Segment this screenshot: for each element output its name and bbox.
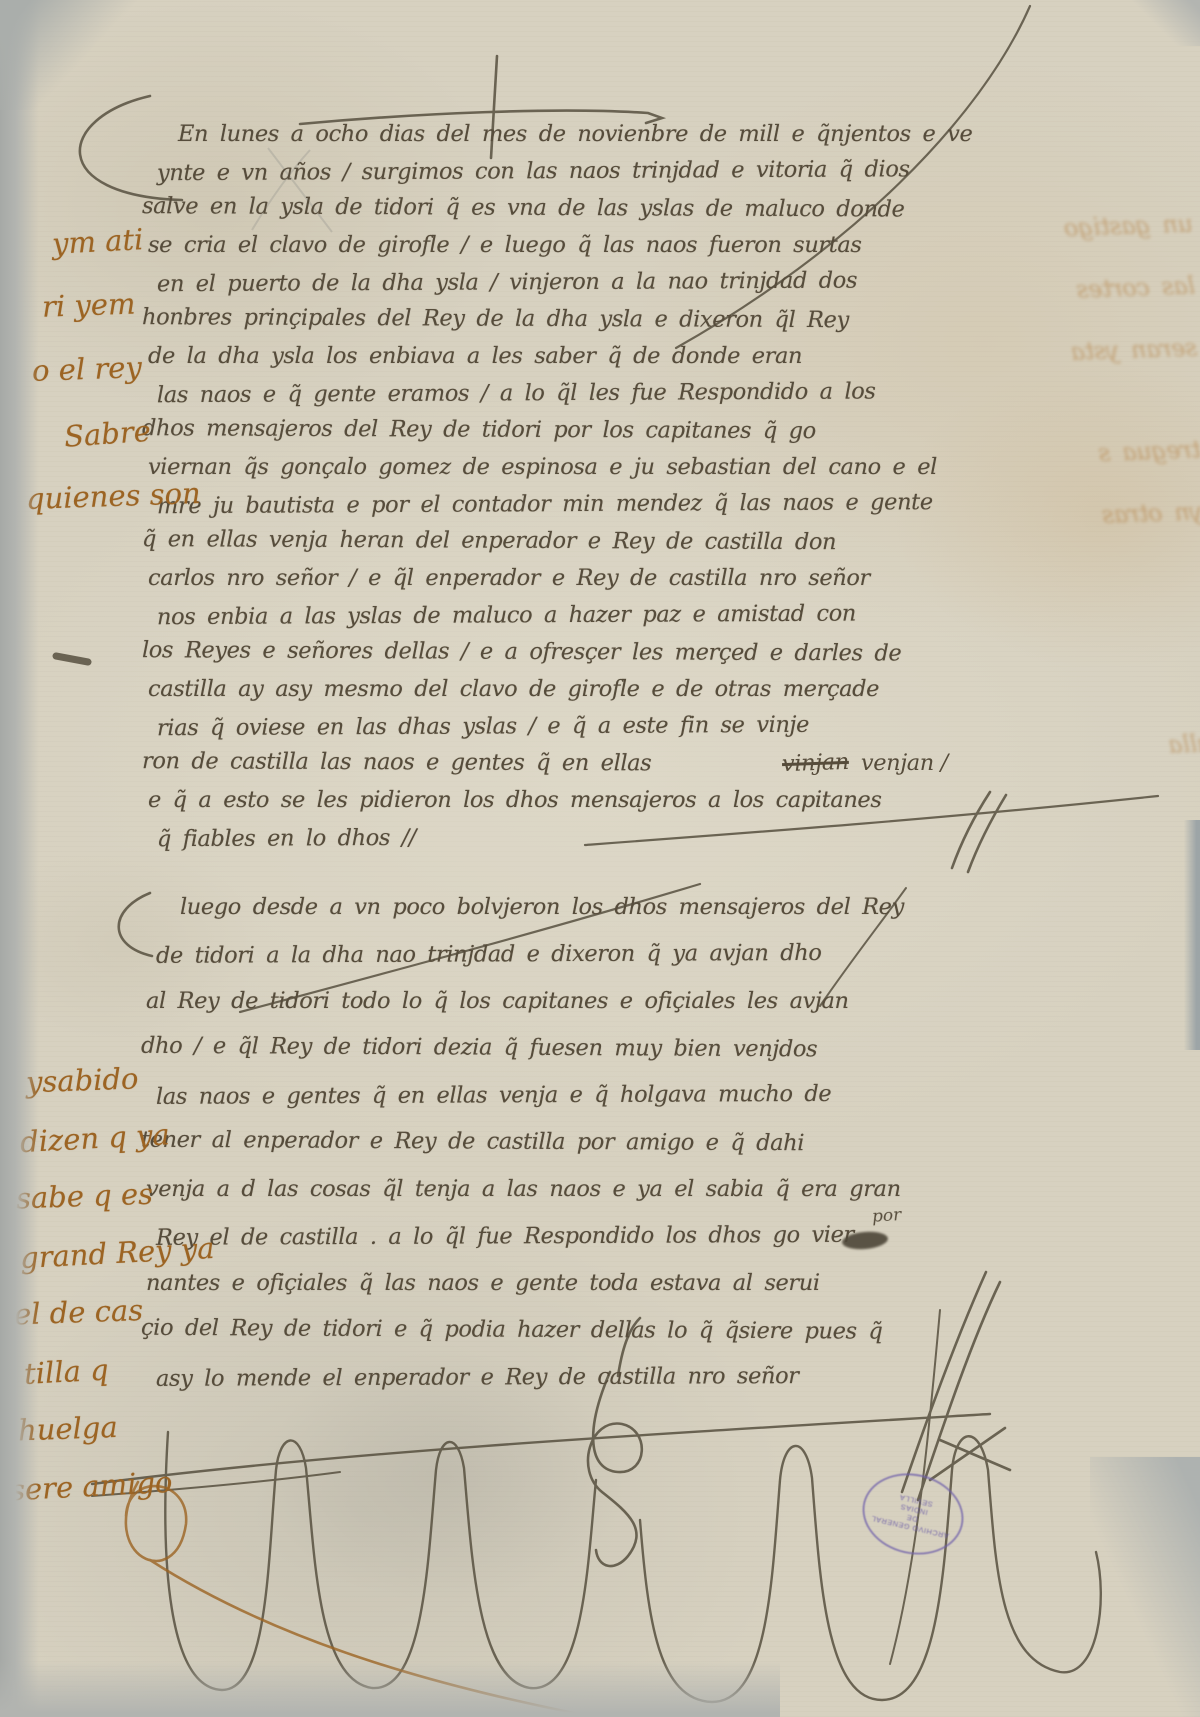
verso-showthrough: un gastigolas cortesseran ystatregua syn… xyxy=(986,193,1200,782)
showthrough-mark: un gastigo xyxy=(986,193,1194,262)
serpentine-flourish xyxy=(165,1432,596,1690)
manuscript-page: En lunes a ocho dias del mes de novienbr… xyxy=(0,0,1200,1717)
margin-note-line: Sabre xyxy=(62,395,203,468)
page-edge-right xyxy=(1182,820,1200,1050)
margin-note-line: grand Rey ya xyxy=(19,1219,216,1287)
manuscript-line: nos enbia a las yslas de maluco a hazer … xyxy=(157,595,996,636)
struck-word: vinjan xyxy=(782,749,850,777)
manuscript-line: en el puerto de la dha ysla / vinjeron a… xyxy=(157,262,996,303)
closing-rule-stroke xyxy=(92,1414,990,1484)
manuscript-line: de la dha ysla los enbiava a les saber q… xyxy=(148,338,996,375)
right-angular-flourish xyxy=(930,1428,1005,1480)
margin-note-line: ym ati xyxy=(50,204,202,276)
manuscript-line: mre ju bautista e por el contador min me… xyxy=(157,484,996,525)
margin-note-line: huelga xyxy=(17,1395,215,1460)
manuscript-line: dhos mensajeros del Rey de tidori por lo… xyxy=(142,410,996,451)
paragraph-2: luego desde a vn poco bolvjeron los dhos… xyxy=(146,884,1002,1401)
margin-note-line: ysabido xyxy=(25,1047,215,1112)
manuscript-line: çio del Rey de tidori e q̃ podia hazer d… xyxy=(141,1305,1002,1357)
manuscript-line: dho / e q̃l Rey de tidori dezia q̃ fuese… xyxy=(141,1023,1002,1075)
manuscript-line: rias q̃ oviese en las dhas yslas / e q̃ … xyxy=(157,706,996,747)
showthrough-mark: alla xyxy=(1004,712,1200,781)
manuscript-line: castilla ay asy mesmo del clavo de girof… xyxy=(148,671,996,708)
archive-stamp: ARCHIVO GENERAL DE INDIAS SEVILLA xyxy=(854,1464,971,1565)
manuscript-line: luego desde a vn poco bolvjeron los dhos… xyxy=(146,884,1002,931)
manuscript-line: honbres prinçipales del Rey de la dha ys… xyxy=(142,299,996,340)
margin-note-line: quienes son xyxy=(25,461,202,531)
margin-note-flourish xyxy=(150,1560,588,1716)
replacement-word: venjan / xyxy=(861,750,948,776)
showthrough-mark: seran ysta xyxy=(990,317,1198,386)
margin-note-line: sabe q es xyxy=(15,1163,215,1228)
manuscript-line: se cria el clavo de girofle / e luego q̃… xyxy=(148,227,996,264)
showthrough-mark: tregua s xyxy=(994,418,1200,487)
page-corner-top-left xyxy=(0,0,150,110)
margin-note-line: el de cas xyxy=(13,1279,215,1344)
manuscript-line: nantes e ofiçiales q̃ las naos e gente t… xyxy=(146,1260,1002,1307)
margin-note-line: sere amigo xyxy=(9,1451,216,1520)
manuscript-line: carlos nro señor / e q̃l enperador e Rey… xyxy=(148,560,996,597)
manuscript-line: las naos e gentes q̃ en ellas venja e q̃… xyxy=(156,1070,1002,1121)
margin-note-line: tilla q xyxy=(23,1335,216,1403)
correction-row: vinjan venjan / xyxy=(782,750,948,776)
margin-note-lower: ysabidodizen q yasabe q esgrand Rey yael… xyxy=(8,1050,214,1514)
manuscript-line: los Reyes e señores dellas / e a ofresçe… xyxy=(142,632,996,673)
manuscript-line: q̃ en ellas venja heran del enperador e … xyxy=(142,521,996,562)
paragraph-1: En lunes a ocho dias del mes de novienbr… xyxy=(148,116,996,856)
manuscript-line: En lunes a ocho dias del mes de novienbr… xyxy=(148,116,996,153)
manuscript-line: tener al enperador e Rey de castilla por… xyxy=(141,1117,1002,1169)
margin-note-upper: ym atiri yemo el reySabrequienes son xyxy=(26,208,201,528)
showthrough-mark: yn otras xyxy=(996,480,1200,549)
manuscript-line: viernan q̃s gonçalo gomez de espinosa e … xyxy=(148,449,996,486)
page-edge-bottom xyxy=(0,1651,780,1717)
margin-note-line: ri yem xyxy=(41,269,202,338)
margin-note-line: dizen q ya xyxy=(19,1103,216,1171)
page-corner-bottom-right xyxy=(1090,1457,1200,1717)
manuscript-line: salve en la ysla de tidori q̃ es vna de … xyxy=(142,188,996,229)
center-knot-flourish xyxy=(588,1372,642,1566)
manuscript-line: ynte e vn años / surgimos con las naos t… xyxy=(157,151,996,192)
manuscript-line: de tidori a la dha nao trinjdad e dixero… xyxy=(156,929,1002,980)
showthrough-mark: las cortes xyxy=(988,255,1196,324)
page-corner-top-right xyxy=(1120,0,1200,46)
manuscript-line: las naos e q̃ gente eramos / a lo q̃l le… xyxy=(157,373,996,414)
margin-note-line: o el rey xyxy=(31,333,202,403)
right-angular-flourish xyxy=(940,1440,1010,1470)
manuscript-line: e q̃ a esto se les pidieron los dhos men… xyxy=(148,782,996,819)
margin-dash-stroke xyxy=(56,656,88,662)
manuscript-line: asy lo mende el enperador e Rey de casti… xyxy=(156,1352,1002,1403)
serpentine-flourish xyxy=(640,1436,1101,1702)
manuscript-line: al Rey de tidori todo lo q̃ los capitane… xyxy=(146,978,1002,1025)
interlinear-correction: por xyxy=(871,1205,902,1227)
manuscript-line: q̃ fiables en lo dhos // xyxy=(157,817,996,858)
